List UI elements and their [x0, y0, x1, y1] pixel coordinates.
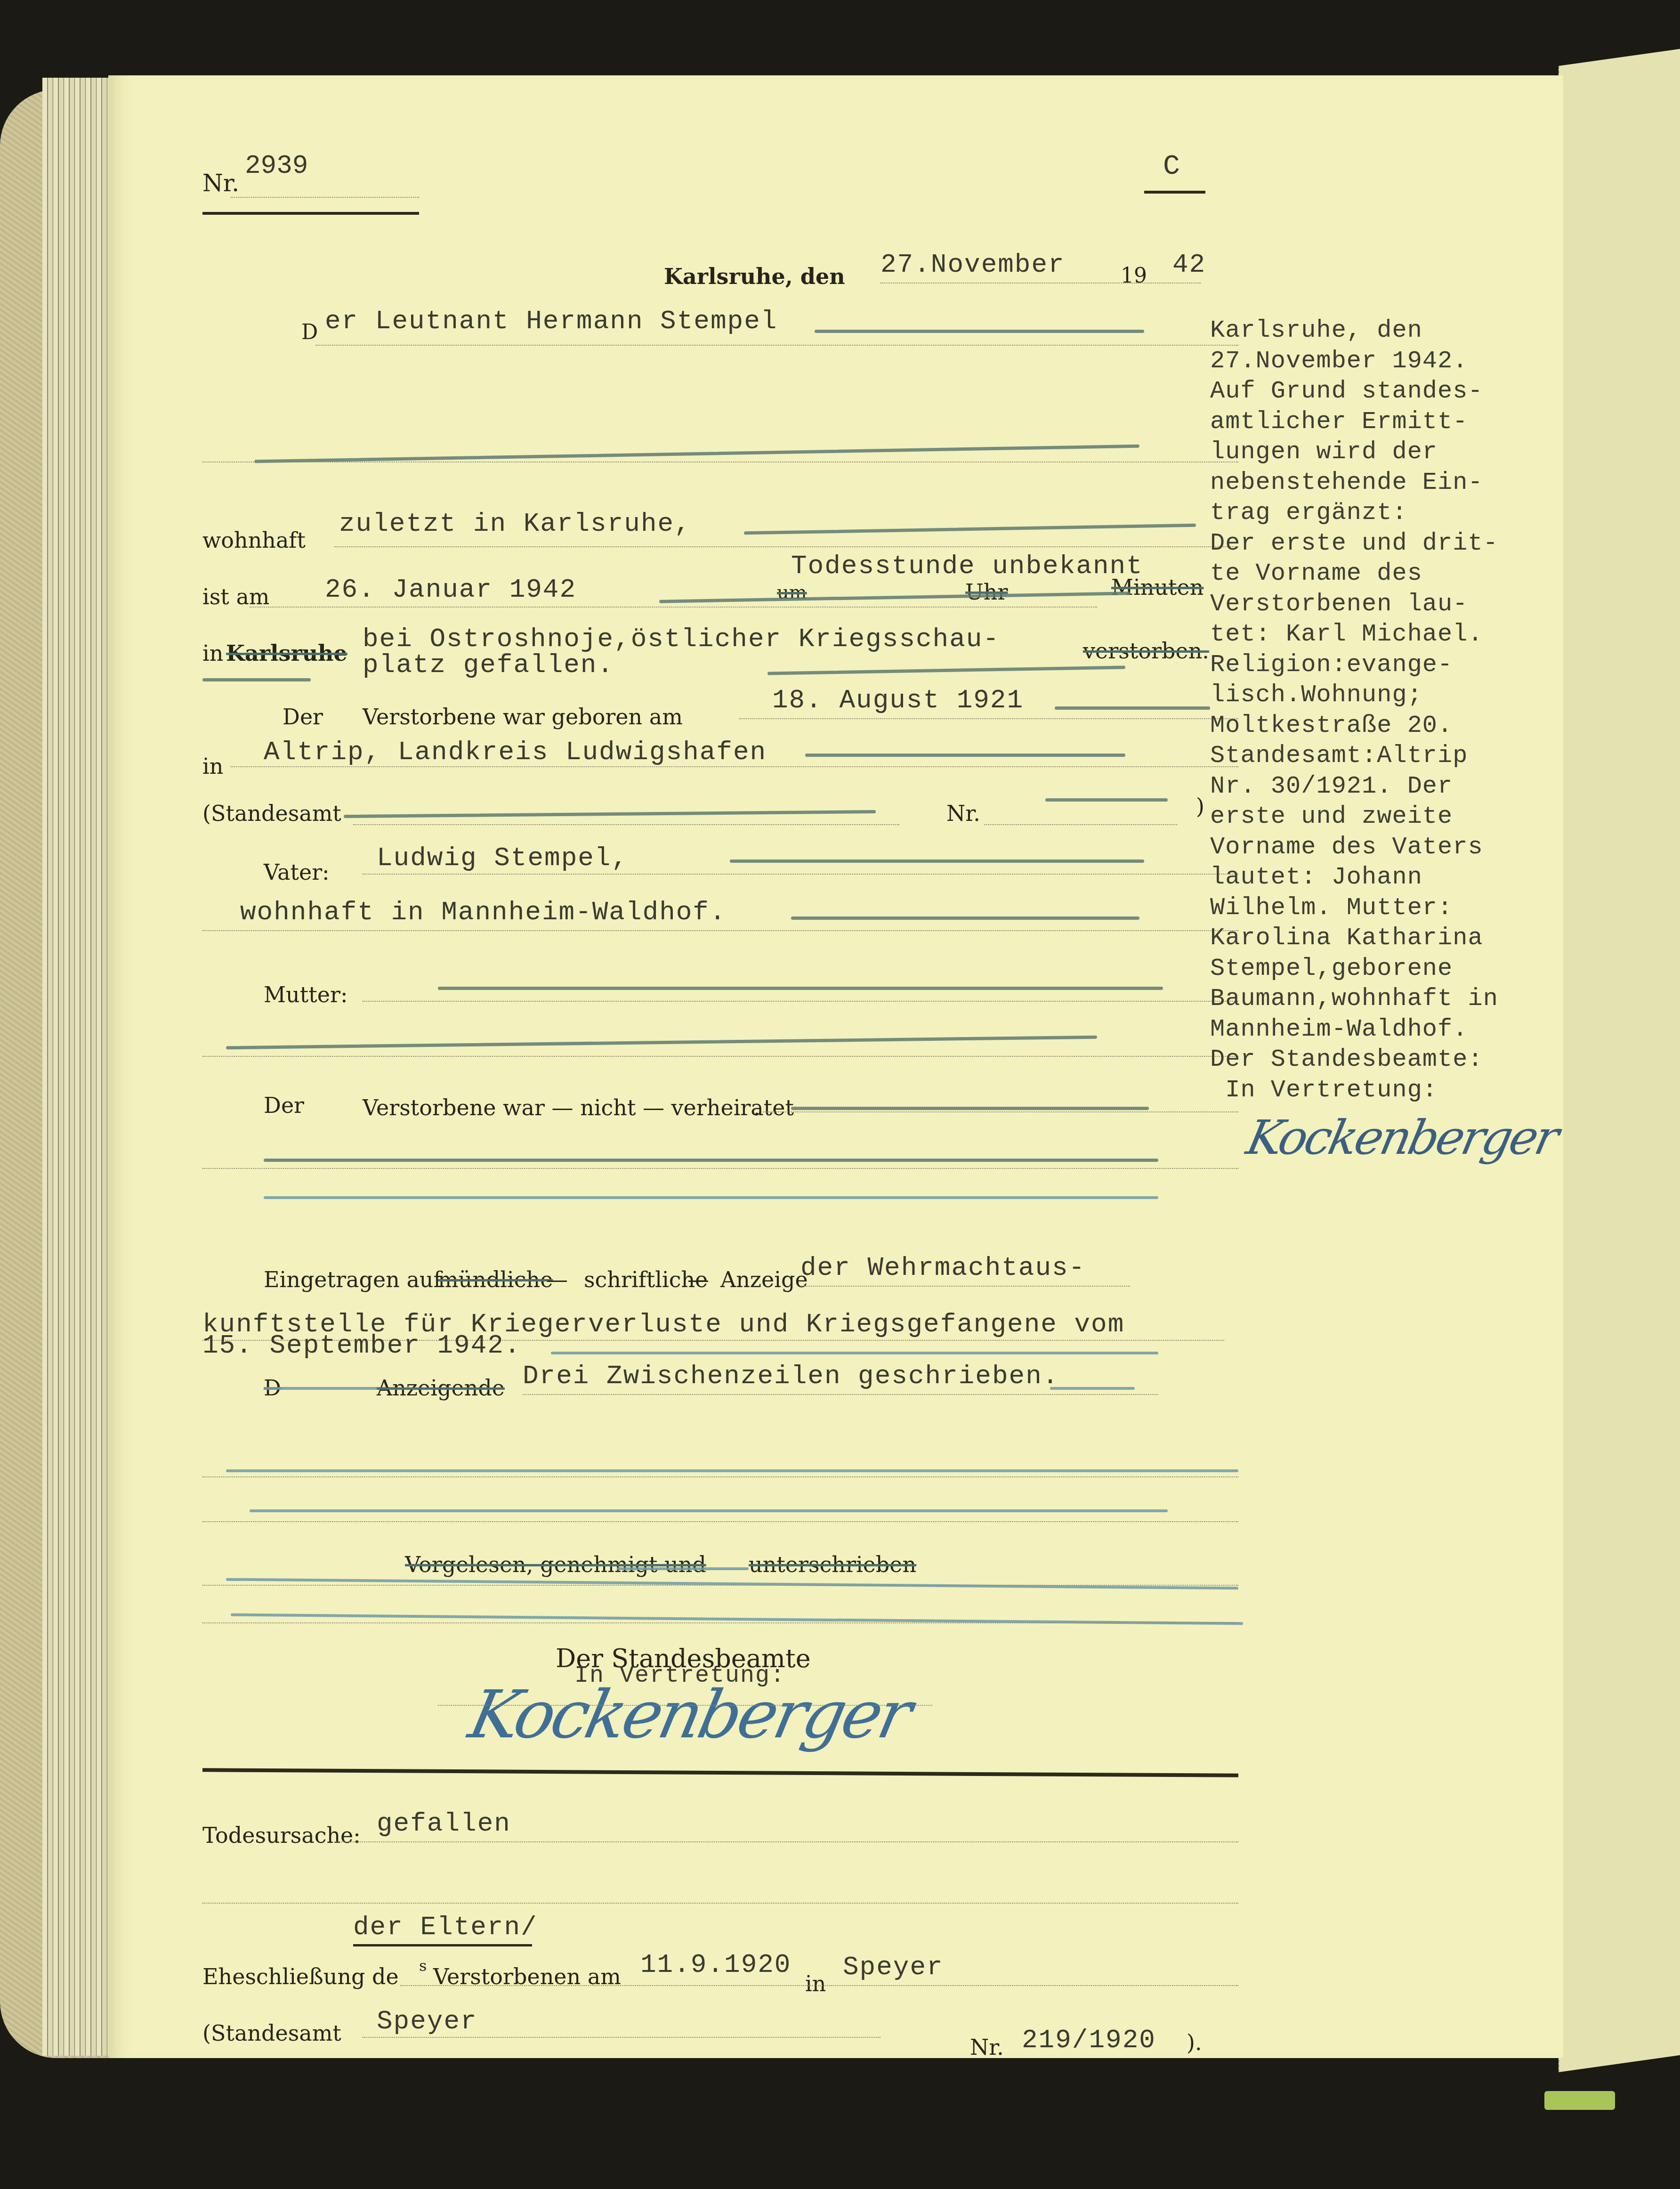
birth-in-label: in — [202, 754, 223, 779]
next-page-edge — [1559, 49, 1680, 2072]
marital-status: Verstorbene war — nicht — verheiratet — [363, 1095, 794, 1120]
death-hour-note: Todesstunde unbekannt — [791, 551, 1143, 581]
uhr-label-struck: Uhr — [965, 579, 1008, 605]
dash1: — — [546, 1267, 568, 1292]
place-struck: Karlsruhe — [226, 640, 347, 666]
birth-registry-nr-label: Nr. — [946, 801, 980, 826]
minuten-label-struck: Minuten — [1111, 575, 1203, 600]
margin-line: Wilhelm. Mutter: — [1210, 893, 1559, 924]
marriage-registry-label: (Standesamt — [202, 2020, 341, 2046]
name-prefix: D — [301, 320, 318, 344]
margin-line: lisch.Wohnung; — [1210, 680, 1559, 711]
margin-signature: Kockenberger — [1242, 1110, 1565, 1165]
cause-label: Todesursache: — [202, 1823, 361, 1848]
mother-label: Mutter: — [264, 982, 347, 1007]
birth-prefix: Der — [283, 704, 323, 730]
unterschrieben-struck: unterschrieben — [749, 1552, 916, 1577]
margin-line: Mannheim-Waldhof. — [1210, 1014, 1559, 1045]
margin-line: Standesamt:Altrip — [1210, 741, 1559, 771]
birth-registry-close: ) — [1196, 794, 1204, 819]
father-label: Vater: — [264, 859, 330, 885]
died-label: ist am — [202, 584, 269, 609]
birth-label: Verstorbene war geboren am — [363, 704, 683, 730]
residence-value: zuletzt in Karlsruhe, — [339, 509, 691, 539]
marriage-label: Eheschließung de — [202, 1964, 399, 1989]
father-name: Ludwig Stempel, — [377, 843, 628, 873]
section-divider — [202, 1768, 1238, 1777]
record-year: 42 — [1172, 250, 1206, 280]
verstorben-struck: verstorben. — [1083, 638, 1209, 664]
deceased-name: er Leutnant Hermann Stempel — [325, 306, 777, 336]
place-label: Karlsruhe, den — [664, 264, 845, 289]
margin-line: Karolina Katharina — [1210, 923, 1559, 954]
vorgelesen-struck: Vorgelesen, genehmigt und — [405, 1552, 706, 1577]
marital-prefix: Der — [264, 1093, 304, 1118]
birth-place: Altrip, Landkreis Ludwigshafen — [264, 737, 767, 767]
place-in-label: in — [202, 640, 223, 666]
margin-line: Baumann,wohnhaft in — [1210, 984, 1559, 1014]
margin-line: lungen wird der — [1210, 437, 1559, 468]
series-letter: C — [1163, 151, 1180, 183]
birth-registry-label: (Standesamt — [202, 801, 341, 826]
entry-number-label: Nr. — [202, 170, 239, 197]
margin-line: Vorname des Vaters — [1210, 832, 1559, 863]
margin-note: Karlsruhe, den 27.November 1942. Auf Gru… — [1210, 316, 1559, 1165]
marriage-in-label: in — [805, 1971, 826, 1996]
marriage-place: Speyer — [843, 1952, 944, 1982]
margin-line: nebenstehende Ein- — [1210, 468, 1559, 498]
margin-line: Der erste und drit- — [1210, 528, 1559, 559]
margin-line: trag ergänzt: — [1210, 498, 1559, 528]
margin-line: erste und zweite — [1210, 802, 1559, 832]
place-of-death-line2: platz gefallen. — [363, 650, 614, 680]
margin-line: tet: Karl Michael. — [1210, 619, 1559, 650]
residence-label: wohnhaft — [202, 527, 306, 553]
marriage-date: 11.9.1920 — [640, 1950, 791, 1980]
registration-line3: 15. September 1942. — [202, 1330, 521, 1361]
father-residence: wohnhaft in Mannheim-Waldhof. — [240, 897, 727, 927]
death-date: 26. Januar 1942 — [325, 575, 576, 605]
margin-line: Der Standesbeamte: — [1210, 1045, 1559, 1075]
margin-line: Verstorbenen lau- — [1210, 589, 1559, 620]
interlineation-note: Drei Zwischenzeilen geschrieben. — [523, 1361, 1059, 1391]
margin-line: te Vorname des — [1210, 559, 1559, 589]
dash2: — — [687, 1267, 709, 1292]
margin-line: Religion:evange- — [1210, 650, 1559, 681]
register-page: Nr. 2939 C Karlsruhe, den 27.November 19… — [108, 75, 1563, 2058]
marriage-nr: 219/1920 — [1022, 2025, 1156, 2055]
bookmark-ribbon — [1544, 2091, 1615, 2110]
official-signature: Kockenberger — [463, 1677, 916, 1753]
entry-number-underline — [202, 212, 419, 215]
series-underline — [1144, 191, 1205, 194]
margin-line: In Vertretung: — [1210, 1075, 1559, 1106]
marriage-insert: der Eltern/ — [353, 1912, 538, 1942]
record-date: 27.November — [880, 250, 1065, 280]
marriage-close: ). — [1187, 2030, 1202, 2055]
marriage-suffix-s: s — [419, 1957, 427, 1975]
margin-line: 27.November 1942. — [1210, 346, 1559, 377]
marital-dot: . — [753, 1095, 760, 1120]
marriage-registry: Speyer — [377, 2006, 477, 2036]
margin-line: amtlicher Ermitt- — [1210, 407, 1559, 438]
registration-line1: der Wehrmachtaus- — [800, 1253, 1085, 1283]
cause-value: gefallen — [377, 1808, 511, 1839]
marriage-nr-label: Nr. — [970, 2035, 1004, 2060]
margin-line: lautet: Johann — [1210, 862, 1559, 893]
registration-label: Eingetragen auf — [264, 1267, 441, 1292]
margin-line: Auf Grund standes- — [1210, 376, 1559, 407]
margin-line: Karlsruhe, den — [1210, 316, 1559, 346]
margin-line: Nr. 30/1921. Der — [1210, 771, 1559, 802]
muendliche-struck: mündliche — [438, 1267, 553, 1292]
entry-number: 2939 — [245, 151, 308, 181]
anzeigende-struck: Anzeigende — [377, 1375, 505, 1401]
margin-line: Moltkestraße 20. — [1210, 711, 1559, 741]
anzeige: Anzeige — [720, 1267, 808, 1292]
margin-line: Stempel,geborene — [1210, 954, 1559, 984]
birth-date: 18. August 1921 — [772, 685, 1024, 715]
century: 19 — [1121, 264, 1147, 288]
